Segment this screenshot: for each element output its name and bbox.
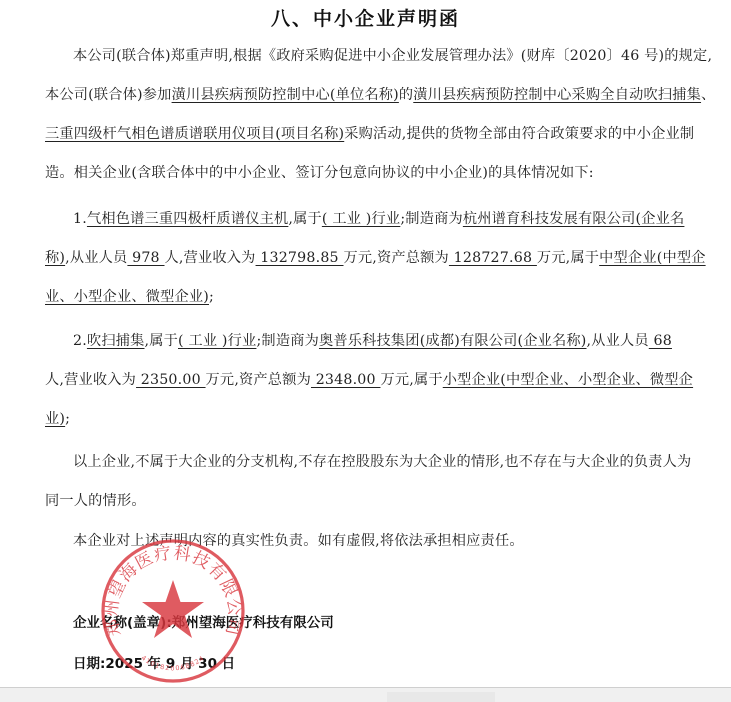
industry: ( 工业 )行业 bbox=[178, 333, 256, 349]
total-assets: 128727.68 bbox=[449, 250, 537, 266]
declaration-line-4: 造。相关企业(含联合体中的中小企业、签订分包意向协议的中小企业)的具体情况如下: bbox=[45, 162, 594, 182]
text: 万元,属于 bbox=[380, 372, 442, 388]
page-title: 八、中小企业声明函 bbox=[0, 4, 731, 31]
text: ,属于 bbox=[145, 333, 179, 349]
text: 万元,属于 bbox=[537, 250, 599, 266]
document-page: 八、中小企业声明函 本公司(联合体)郑重声明,根据《政府采购促进中小企业发展管理… bbox=[0, 0, 731, 687]
enterprise-type: 中型企业(中型企 bbox=[599, 250, 705, 266]
text: 人,营业收入为 bbox=[165, 250, 256, 266]
date-label: 日期: bbox=[73, 656, 105, 672]
text: 万元,资产总额为 bbox=[206, 372, 311, 388]
declaration-line-1: 本公司(联合体)郑重声明,根据《政府采购促进中小企业发展管理办法》(财库〔202… bbox=[73, 45, 712, 65]
date-value: 2025 年 9 月 30 日 bbox=[105, 656, 235, 672]
text: 本公司(联合体)参加 bbox=[45, 87, 172, 103]
employee-count: 978 bbox=[127, 250, 164, 266]
item-1-line-3: 业、小型企业、微型企业); bbox=[45, 286, 214, 306]
industry: ( 工业 )行业 bbox=[322, 211, 400, 227]
project-name-part-2: 三重四级杆气相色谱质谱联用仪项目(项目名称) bbox=[45, 126, 344, 142]
company-signature-line: 企业名称(盖章):郑州望海医疗科技有限公司 bbox=[73, 611, 334, 631]
date-line: 日期:2025 年 9 月 30 日 bbox=[73, 652, 235, 672]
item-2-line-3: 业); bbox=[45, 408, 70, 428]
affiliation-line-1: 以上企业,不属于大企业的分支机构,不存在控股股东为大企业的情形,也不存在与大企业… bbox=[73, 451, 691, 471]
item-2-line-2: 人,营业收入为 2350.00 万元,资产总额为 2348.00 万元,属于小型… bbox=[45, 369, 693, 389]
enterprise-type-cont: 业) bbox=[45, 411, 65, 427]
text: ,属于 bbox=[288, 211, 322, 227]
text: 人,营业收入为 bbox=[45, 372, 136, 388]
company-name: 郑州望海医疗科技有限公司 bbox=[172, 615, 334, 631]
affiliation-line-2: 同一人的情形。 bbox=[45, 490, 146, 510]
status-bar bbox=[0, 687, 731, 702]
item-1-line-1: 1.气相色谱三重四极杆质谱仪主机,属于( 工业 )行业;制造商为杭州谱育科技发展… bbox=[73, 208, 684, 228]
responsibility-statement: 本企业对上述声明内容的真实性负责。如有虚假,将依法承担相应责任。 bbox=[73, 530, 524, 550]
item-1-line-2: 称),从业人员 978 人,营业收入为 132798.85 万元,资产总额为 1… bbox=[45, 247, 706, 267]
project-name-part-1: 潢川县疾病预防控制中心采购全自动吹扫捕集 bbox=[413, 87, 701, 103]
declaration-line-3: 三重四级杆气相色谱质谱联用仪项目(项目名称)采购活动,提供的货物全部由符合政策要… bbox=[45, 123, 694, 143]
text: ;制造商为 bbox=[400, 211, 463, 227]
purchaser-name: 潢川县疾病预防控制中心(单位名称) bbox=[172, 87, 399, 103]
text: 、 bbox=[701, 87, 715, 103]
enterprise-type-cont: 业、小型企业、微型企业) bbox=[45, 289, 209, 305]
manufacturer-name-cont: 称) bbox=[45, 250, 65, 266]
employee-count: 68 bbox=[649, 333, 672, 349]
goods-name: 吹扫捕集 bbox=[87, 333, 145, 349]
revenue: 2350.00 bbox=[136, 372, 206, 388]
text: ,从业人员 bbox=[65, 250, 127, 266]
declaration-line-2: 本公司(联合体)参加潢川县疾病预防控制中心(单位名称)的潢川县疾病预防控制中心采… bbox=[45, 84, 715, 104]
total-assets: 2348.00 bbox=[311, 372, 381, 388]
text: 万元,资产总额为 bbox=[344, 250, 449, 266]
text: ; bbox=[209, 289, 214, 305]
item-2-line-1: 2.吹扫捕集,属于( 工业 )行业;制造商为奥普乐科技集团(成都)有限公司(企业… bbox=[73, 330, 672, 350]
text: ; bbox=[65, 411, 70, 427]
item-number: 1. bbox=[73, 211, 87, 227]
goods-name: 气相色谱三重四极杆质谱仪主机 bbox=[87, 211, 288, 227]
manufacturer-name: 杭州谱育科技发展有限公司(企业名 bbox=[463, 211, 685, 227]
revenue: 132798.85 bbox=[256, 250, 344, 266]
manufacturer-name: 奥普乐科技集团(成都)有限公司(企业名称) bbox=[319, 333, 587, 349]
enterprise-type: 小型企业(中型企业、小型企业、微型企 bbox=[443, 372, 693, 388]
text: 的 bbox=[399, 87, 413, 103]
text: ;制造商为 bbox=[256, 333, 319, 349]
text: 采购活动,提供的货物全部由符合政策要求的中小企业制 bbox=[344, 126, 694, 142]
item-number: 2. bbox=[73, 333, 87, 349]
company-label: 企业名称(盖章): bbox=[73, 615, 172, 631]
text: ,从业人员 bbox=[587, 333, 649, 349]
status-bar-segment bbox=[387, 692, 495, 702]
